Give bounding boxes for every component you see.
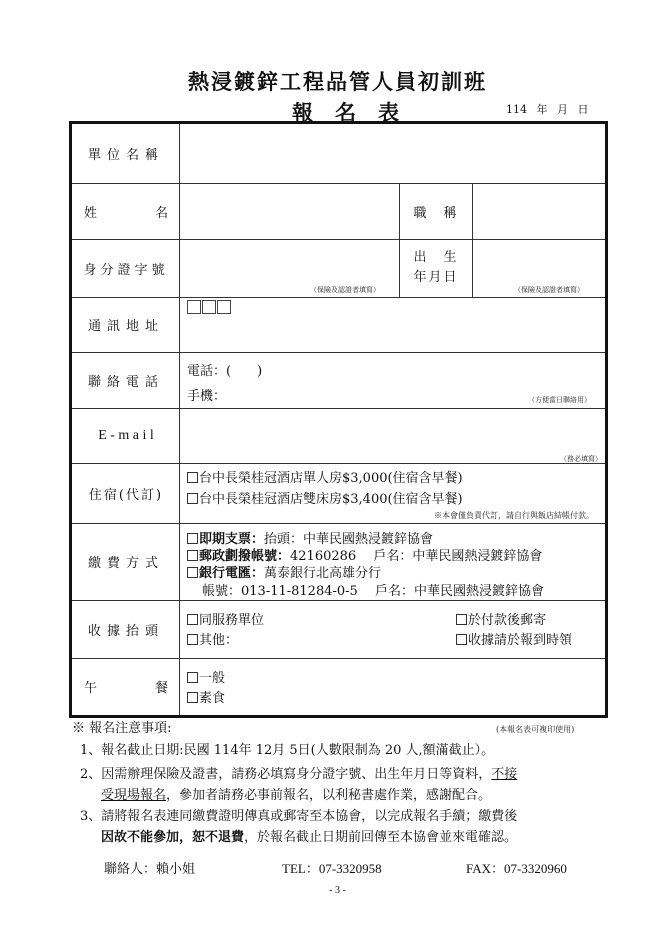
checkbox[interactable] xyxy=(187,692,198,703)
unit-name-field[interactable] xyxy=(182,126,602,181)
date-day-label: 日 xyxy=(578,103,589,116)
date-year-label: 年 xyxy=(537,103,548,116)
label-lunch: 午 餐 xyxy=(72,658,180,715)
id-number-note: （保險及認證者填寫） xyxy=(310,285,380,295)
mobile-field[interactable]: 手機： xyxy=(187,385,226,404)
label-payment: 繳費方式 xyxy=(72,523,180,600)
tel-field[interactable]: 電話：( ) xyxy=(187,360,262,379)
note-item-2: 2、因需辦理保險及證書，請務必填寫身分證字號、出生年月日等資料，不接 xyxy=(80,763,517,782)
label-phone: 聯絡電話 xyxy=(72,352,180,408)
note-item-1: 1、報名截止日期:民國 114年 12月 5日(人數限制為 20 人,額滿截止）… xyxy=(80,739,494,758)
payment-option-wire[interactable]: 銀行電匯：萬泰銀行北高雄分行 xyxy=(187,562,381,581)
title-divider xyxy=(472,183,473,298)
checkbox[interactable] xyxy=(187,533,198,544)
form-date: 114 年 月 日 xyxy=(506,101,589,117)
checkbox[interactable] xyxy=(456,614,467,625)
date-year: 114 xyxy=(506,103,527,116)
lodging-option-twin[interactable]: 台中長榮桂冠酒店雙床房$3,400(住宿含早餐) xyxy=(187,488,463,507)
checkbox[interactable] xyxy=(187,550,198,561)
label-unit-name: 單位名稱 xyxy=(72,124,180,183)
receipt-option-other[interactable]: 其他： xyxy=(187,629,238,648)
contact-tel: TEL：07-3320958 xyxy=(282,858,382,877)
registration-table: 單位名稱 姓 名 職 稱 身分證字號 （保險及認證者填寫） 出 生 年月日 （保… xyxy=(69,121,608,718)
page-number: - 3 - xyxy=(0,885,661,896)
lunch-option-vegetarian[interactable]: 素食 xyxy=(187,687,225,706)
copy-note: (本報名表可複印使用) xyxy=(496,724,574,735)
label-id-number: 身分證字號 xyxy=(72,239,180,297)
receipt-option-same-unit[interactable]: 同服務單位 xyxy=(187,609,264,628)
zip-box[interactable] xyxy=(202,300,216,314)
lodging-option-single[interactable]: 台中長榮桂冠酒店單人房$3,000(住宿含早餐) xyxy=(187,467,463,486)
name-field[interactable] xyxy=(182,185,396,237)
zip-code-boxes[interactable] xyxy=(187,300,232,318)
checkbox[interactable] xyxy=(187,472,198,483)
label-lodging: 住宿(代訂) xyxy=(72,463,180,523)
label-email: E - m a i l xyxy=(72,408,180,463)
label-receipt: 收據抬頭 xyxy=(72,600,180,658)
contact-fax: FAX：07-3320960 xyxy=(466,858,567,877)
contact-person: 聯絡人：賴小姐 xyxy=(104,858,195,877)
lodging-note: ※本會僅負責代訂，請自行與飯店結帳付款。 xyxy=(434,510,594,521)
zip-box[interactable] xyxy=(217,300,231,314)
email-note: （務必填寫） xyxy=(560,454,602,464)
checkbox[interactable] xyxy=(187,493,198,504)
payment-account-line: 帳號：013-11-81284-0-5 戶名：中華民國熱浸鍍鋅協會 xyxy=(202,580,544,599)
label-job-title: 職 稱 xyxy=(400,183,472,239)
note-item-2-cont: 受現場報名，參加者請務必事前報名，以利秘書處作業，感謝配合。 xyxy=(101,784,491,803)
checkbox[interactable] xyxy=(187,567,198,578)
checkbox[interactable] xyxy=(187,614,198,625)
checkbox[interactable] xyxy=(456,634,467,645)
lunch-option-regular[interactable]: 一般 xyxy=(187,667,225,686)
email-field[interactable] xyxy=(182,410,602,461)
zip-box[interactable] xyxy=(187,300,201,314)
form-title: 熱浸鍍鋅工程品管人員初訓班 xyxy=(0,66,661,96)
phone-note: （方便當日聯絡用） xyxy=(528,395,591,405)
note-item-3-cont: 因故不能參加，恕不退費，於報名截止日期前回傳至本協會並來電確認。 xyxy=(101,826,517,845)
notes-heading: ※ 報名注意事項: xyxy=(72,717,172,736)
label-name: 姓 名 xyxy=(72,183,180,239)
checkbox[interactable] xyxy=(187,634,198,645)
label-birth-date: 出 生 年月日 xyxy=(400,239,472,297)
birth-date-note: （保險及認證者填寫） xyxy=(514,285,584,295)
label-address: 通訊地址 xyxy=(72,297,180,352)
job-title-field[interactable] xyxy=(475,185,603,237)
receipt-option-mail[interactable]: 於付款後郵寄 xyxy=(456,609,546,628)
note-item-3: 3、請將報名表連同繳費證明傳真或郵寄至本協會，以完成報名手續；繳費後 xyxy=(80,805,517,824)
receipt-option-pickup[interactable]: 收據請於報到時領 xyxy=(456,629,572,648)
checkbox[interactable] xyxy=(187,672,198,683)
date-month-label: 月 xyxy=(557,103,568,116)
